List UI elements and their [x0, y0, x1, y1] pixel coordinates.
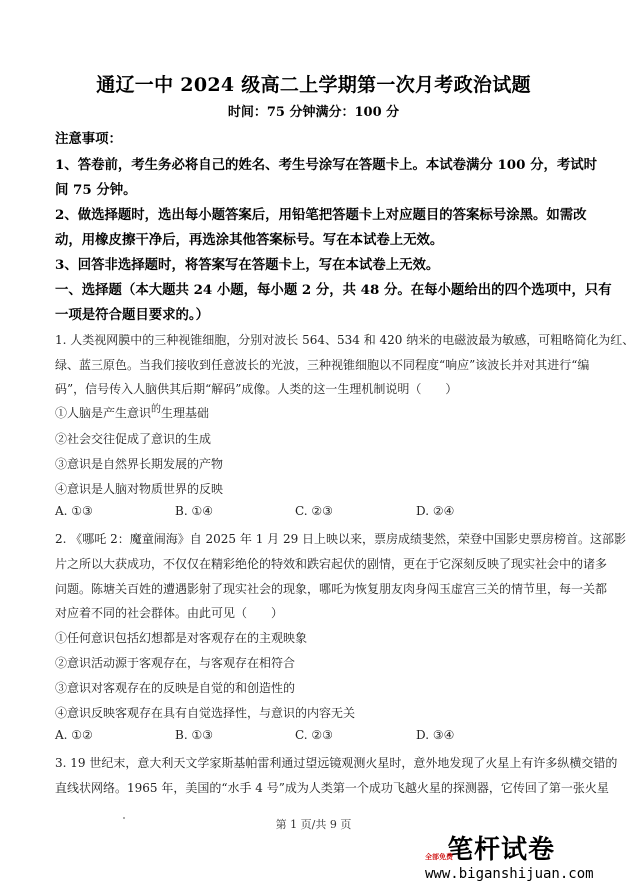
- watermark-free-tag: 全部免费: [425, 852, 453, 862]
- notice-line: 2、做选择题时，选出每小题答案后，用铅笔把答题卡上对应题目的答案标号涂黑。如需改: [55, 204, 587, 223]
- watermark-logo: 笔杆试卷 全部免费 www.biganshijuan.com: [425, 829, 625, 889]
- watermark-brand: 笔杆试卷: [447, 829, 555, 866]
- question-3-stem: 直线状网络。1965 年，美国的“水手 4 号”成为人类第一个成功飞越火星的探测…: [55, 779, 609, 796]
- question-2-statement: ①任何意识包括幻想都是对客观存在的主观映象: [55, 629, 307, 646]
- question-1-statement: ①人脑是产生意识的生理基础: [55, 404, 209, 421]
- exam-page: 通辽一中 2024 级高二上学期第一次月考政治试题 时间：75 分钟满分：100…: [0, 0, 627, 892]
- question-1-choice-b[interactable]: B. ①④: [175, 504, 213, 518]
- notice-line: 3、回答非选择题时，将答案写在答题卡上，写在本试卷上无效。: [55, 254, 439, 273]
- question-1-stem: 1. 人类视网膜中的三种视锥细胞，分别对波长 564、534 和 420 纳米的…: [55, 331, 627, 348]
- question-1-statement: ③意识是自然界长期发展的产物: [55, 455, 223, 472]
- question-1-stem: 绿、蓝三原色。当我们接收到任意波长的光波，三种视锥细胞以不同程度“响应”该波长并…: [55, 356, 589, 373]
- notice-line: 间 75 分钟。: [55, 179, 137, 198]
- question-3-stem: 3. 19 世纪末，意大利天文学家斯基帕雷利通过望远镜观测火星时，意外地发现了火…: [55, 754, 617, 771]
- question-1-stem: 码”，信号传入人脑供其后期“解码”成像。人类的这一生理机制说明（ ）: [55, 380, 457, 397]
- notice-line: 1、答卷前，考生务必将自己的姓名、考生号涂写在答题卡上。本试卷满分 100 分，…: [55, 154, 597, 173]
- question-2-choice-b[interactable]: B. ①③: [175, 728, 213, 742]
- question-2-stem: 片之所以大获成功，不仅仅在精彩绝伦的特效和跌宕起伏的剧情，更在于它深刻反映了现实…: [55, 555, 607, 572]
- question-2-choice-c[interactable]: C. ②③: [295, 728, 333, 742]
- statement-text: 生理基础: [161, 406, 209, 420]
- question-2-statement: ②意识活动源于客观存在，与客观存在相符合: [55, 654, 295, 671]
- question-2-stem: 问题。陈塘关百姓的遭遇影射了现实社会的现象，哪吒为恢复朋友肉身闯玉虚宫三关的情节…: [55, 580, 607, 597]
- question-1-choice-d[interactable]: D. ②④: [416, 504, 454, 518]
- question-1-statement: ②社会交往促成了意识的生成: [55, 430, 211, 447]
- notice-line: 动，用橡皮擦干净后，再选涂其他答案标号。写在本试卷上无效。: [55, 229, 443, 248]
- question-2-choice-d[interactable]: D. ③④: [416, 728, 454, 742]
- question-2-choice-a[interactable]: A. ①②: [55, 728, 93, 742]
- notice-heading: 注意事项：: [55, 128, 122, 147]
- page-title: 通辽一中 2024 级高二上学期第一次月考政治试题: [0, 70, 627, 97]
- question-2-stem: 2. 《哪吒 2：魔童闹海》自 2025 年 1 月 29 日上映以来，票房成绩…: [55, 530, 626, 547]
- statement-superscript: 的: [151, 404, 161, 415]
- question-2-statement: ④意识反映客观存在具有自觉选择性，与意识的内容无关: [55, 704, 355, 721]
- question-1-choice-c[interactable]: C. ②③: [295, 504, 333, 518]
- section-heading: 一、选择题（本大题共 24 小题，每小题 2 分，共 48 分。在每小题给出的四…: [55, 279, 612, 298]
- question-1-choice-a[interactable]: A. ①③: [55, 504, 93, 518]
- question-1-statement: ④意识是人脑对物质世界的反映: [55, 480, 223, 497]
- watermark-url: www.biganshijuan.com: [425, 866, 594, 882]
- question-2-stem: 对应着不同的社会群体。由此可见（ ）: [55, 604, 283, 621]
- statement-text: ①人脑是产生意识: [55, 406, 151, 420]
- section-heading: 一项是符合题目要求的。）: [55, 304, 209, 323]
- exam-time-score: 时间：75 分钟满分：100 分: [0, 101, 627, 120]
- question-2-statement: ③意识对客观存在的反映是自觉的和创造性的: [55, 679, 295, 696]
